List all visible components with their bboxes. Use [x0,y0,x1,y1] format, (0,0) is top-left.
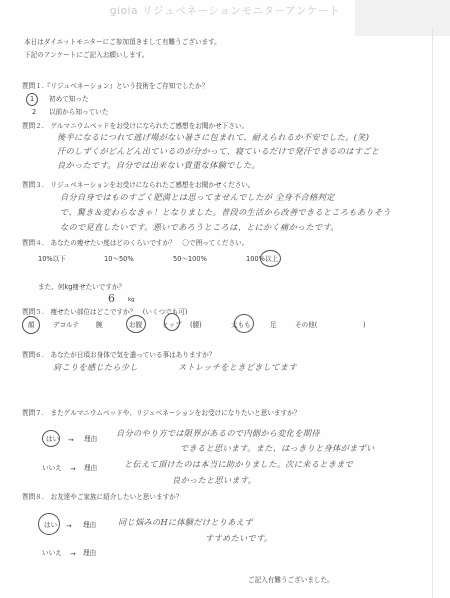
q4-kg-question: また、何kg痩せたいですか？ [38,284,125,291]
q3-answer-line-3: なので見直したいです。悪いであろうところは、とにかく痛かったです。 [60,223,339,231]
q1-option-2-label[interactable]: 以前から知っていた [49,109,108,116]
q8-yes-arrow: → [66,522,72,530]
q1-option-2-num: 2 [32,109,36,116]
intro-line-1: 本日はダイエットモニターにご参加頂きまして有難うございます。 [24,39,221,46]
q7-answer-line-1: 自分のやり方では限界があるので内側から変化を期待 [116,429,320,437]
q1-question: 質問１.『リジュベネーション』という技術をご存知でしたか？ [22,83,208,90]
q2-answer-line-1: 後半になるにつれて逃げ場がない暑さに包まれて、耐えられるか不安でした。(笑) [57,133,369,141]
q8-no-option[interactable]: いいえ [42,550,62,557]
q7-no-reason-label: 理由 [84,465,97,472]
q3-answer-line-2: で、驚き＆変わらなきゃ！となりました。普段の生活から改善できるところもありそう [60,208,391,216]
q3-question: 質問３. リジュベネーションをお受けになられたご感想をお聞かせください。 [22,182,254,189]
closing-text: ご記入有難うございました。 [248,577,334,584]
q8-yes-circle [38,513,60,535]
q7-answer-line-4: 良かったと思います。 [172,476,256,484]
q3-answer-line-1: 自分自身ではものすごく肥満とは思ってませんでしたが 全身不合格判定 [60,193,335,201]
q5-option-other[interactable]: その他( [295,322,317,329]
q5-other-close: ) [363,322,366,329]
q4-option-3[interactable]: 50～100% [173,256,207,263]
q8-no-arrow: → [70,550,76,558]
q8-answer-line-2: すすめたいです。 [205,534,272,542]
q2-answer-line-2: 汗のしずくがどんどん出ているのが分かって、寝ているだけで発汗できるのはすごと [57,147,379,155]
q8-question: 質問８. お友達やご家族に紹介したいと思いますか？ [22,494,182,501]
q5-option-leg[interactable]: 足 [270,322,277,329]
q5-face-circle [22,316,40,334]
q4-option-1[interactable]: 10%以下 [38,256,66,263]
q5-option-decollete[interactable]: デコルテ [53,322,79,329]
q7-answer-line-2: できると思います。また、はっきりと身体がまずい [180,444,375,452]
q4-question: 質問４. あなたの痩せたい度はどのくらいですか？ 〇で囲ってください。 [22,240,248,247]
intro-line-2: 下記のアンケートにご記入お願いします。 [24,52,148,59]
q1-option-1-num: 1 [30,96,34,103]
q4-kg-unit: kg [128,298,135,304]
q7-question: 質問７. またゲルマニウムベッドや、リジュベネーションをお受けになりたいと思いま… [22,410,300,417]
q7-answer-line-3: と伝えて頂けたのは本当に助かりました。次に来るときまで [124,460,353,468]
q5-thigh-circle [234,314,254,333]
q4-selected-circle [260,250,281,267]
q7-yes-reason-label: 理由 [84,436,97,443]
q5-option-arm[interactable]: 腕 [96,322,103,329]
q6-answer-left: 肩こりを感じたら少し [53,363,138,371]
q7-no-option[interactable]: いいえ [42,465,62,472]
q8-answer-line-1: 同じ悩みのHに体験だけとりあえず [118,518,253,526]
q6-question: 質問６. あなたが日頃お身体で気を遣っている事はありますか？ [22,352,215,359]
page-edge [432,28,433,598]
q2-question: 質問２. ゲルマニウムベッドをお受けになられたご感想をお聞かせ下さい。 [22,123,248,130]
q8-no-reason-label: 理由 [83,550,96,557]
q7-no-arrow: → [70,465,76,473]
q4-kg-value: 6 [108,293,115,304]
q5-option-waist[interactable]: (腰) [190,322,202,329]
q5-question: 質問５. 痩せたい部位はどこですか？ (いくつでも可) [22,309,188,316]
document-title: gioia リジュベネーションモニターアンケート [0,3,450,18]
q7-yes-circle [42,430,60,447]
q6-answer-right: ストレッチをときどきしてます [178,363,297,371]
q5-hip-circle [164,313,180,331]
q5-belly-circle [126,315,146,333]
q8-yes-reason-label: 理由 [83,522,96,529]
q7-yes-arrow: → [68,436,74,444]
q4-option-2[interactable]: 10～50% [104,256,134,263]
q1-option-1-label[interactable]: 初めて知った [49,96,89,103]
questionnaire-page: gioia リジュベネーションモニターアンケート 本日はダイエットモニターにご参… [0,0,450,598]
q2-answer-line-3: 良かったです。自分では出来ない貴重な体験でした。 [57,161,260,169]
